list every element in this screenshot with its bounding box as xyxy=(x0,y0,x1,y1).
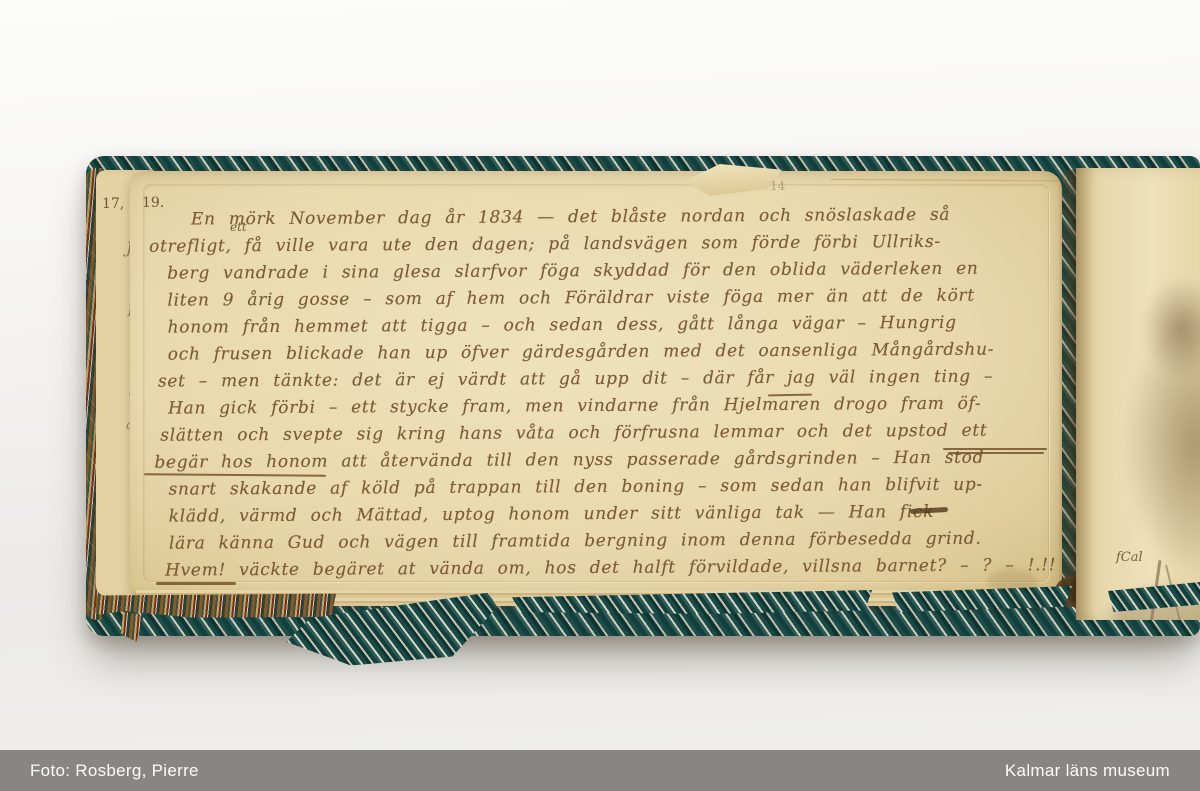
museum-photo: 17, J f a a a 19. 14 En mörk November da… xyxy=(0,0,1200,791)
page-19: 19. 14 En mörk November dag år 1834 — de… xyxy=(130,171,1062,595)
notebook: 17, J f a a a 19. 14 En mörk November da… xyxy=(86,156,1200,636)
underline-upstod xyxy=(943,448,1047,450)
photo-credit: Foto: Rosberg, Pierre xyxy=(30,761,199,781)
pencil-mark: 14 xyxy=(770,179,785,193)
handwriting-block: En mörk November dag år 1834 — det blåst… xyxy=(143,201,1050,585)
sketch-inscription: fCal xyxy=(1116,550,1143,565)
caption-bar: Foto: Rosberg, Pierre Kalmar läns museum xyxy=(0,750,1200,791)
page-21: fCal xyxy=(1076,168,1200,620)
handwriting-line: Hvem! väckte begäret at vända om, hos de… xyxy=(145,552,1050,585)
museum-name: Kalmar läns museum xyxy=(1005,761,1170,781)
inserted-word: ett xyxy=(230,220,247,234)
underline-upstod xyxy=(948,452,1044,454)
page-number-17: 17, xyxy=(102,196,124,212)
underline-hvem xyxy=(156,582,236,585)
